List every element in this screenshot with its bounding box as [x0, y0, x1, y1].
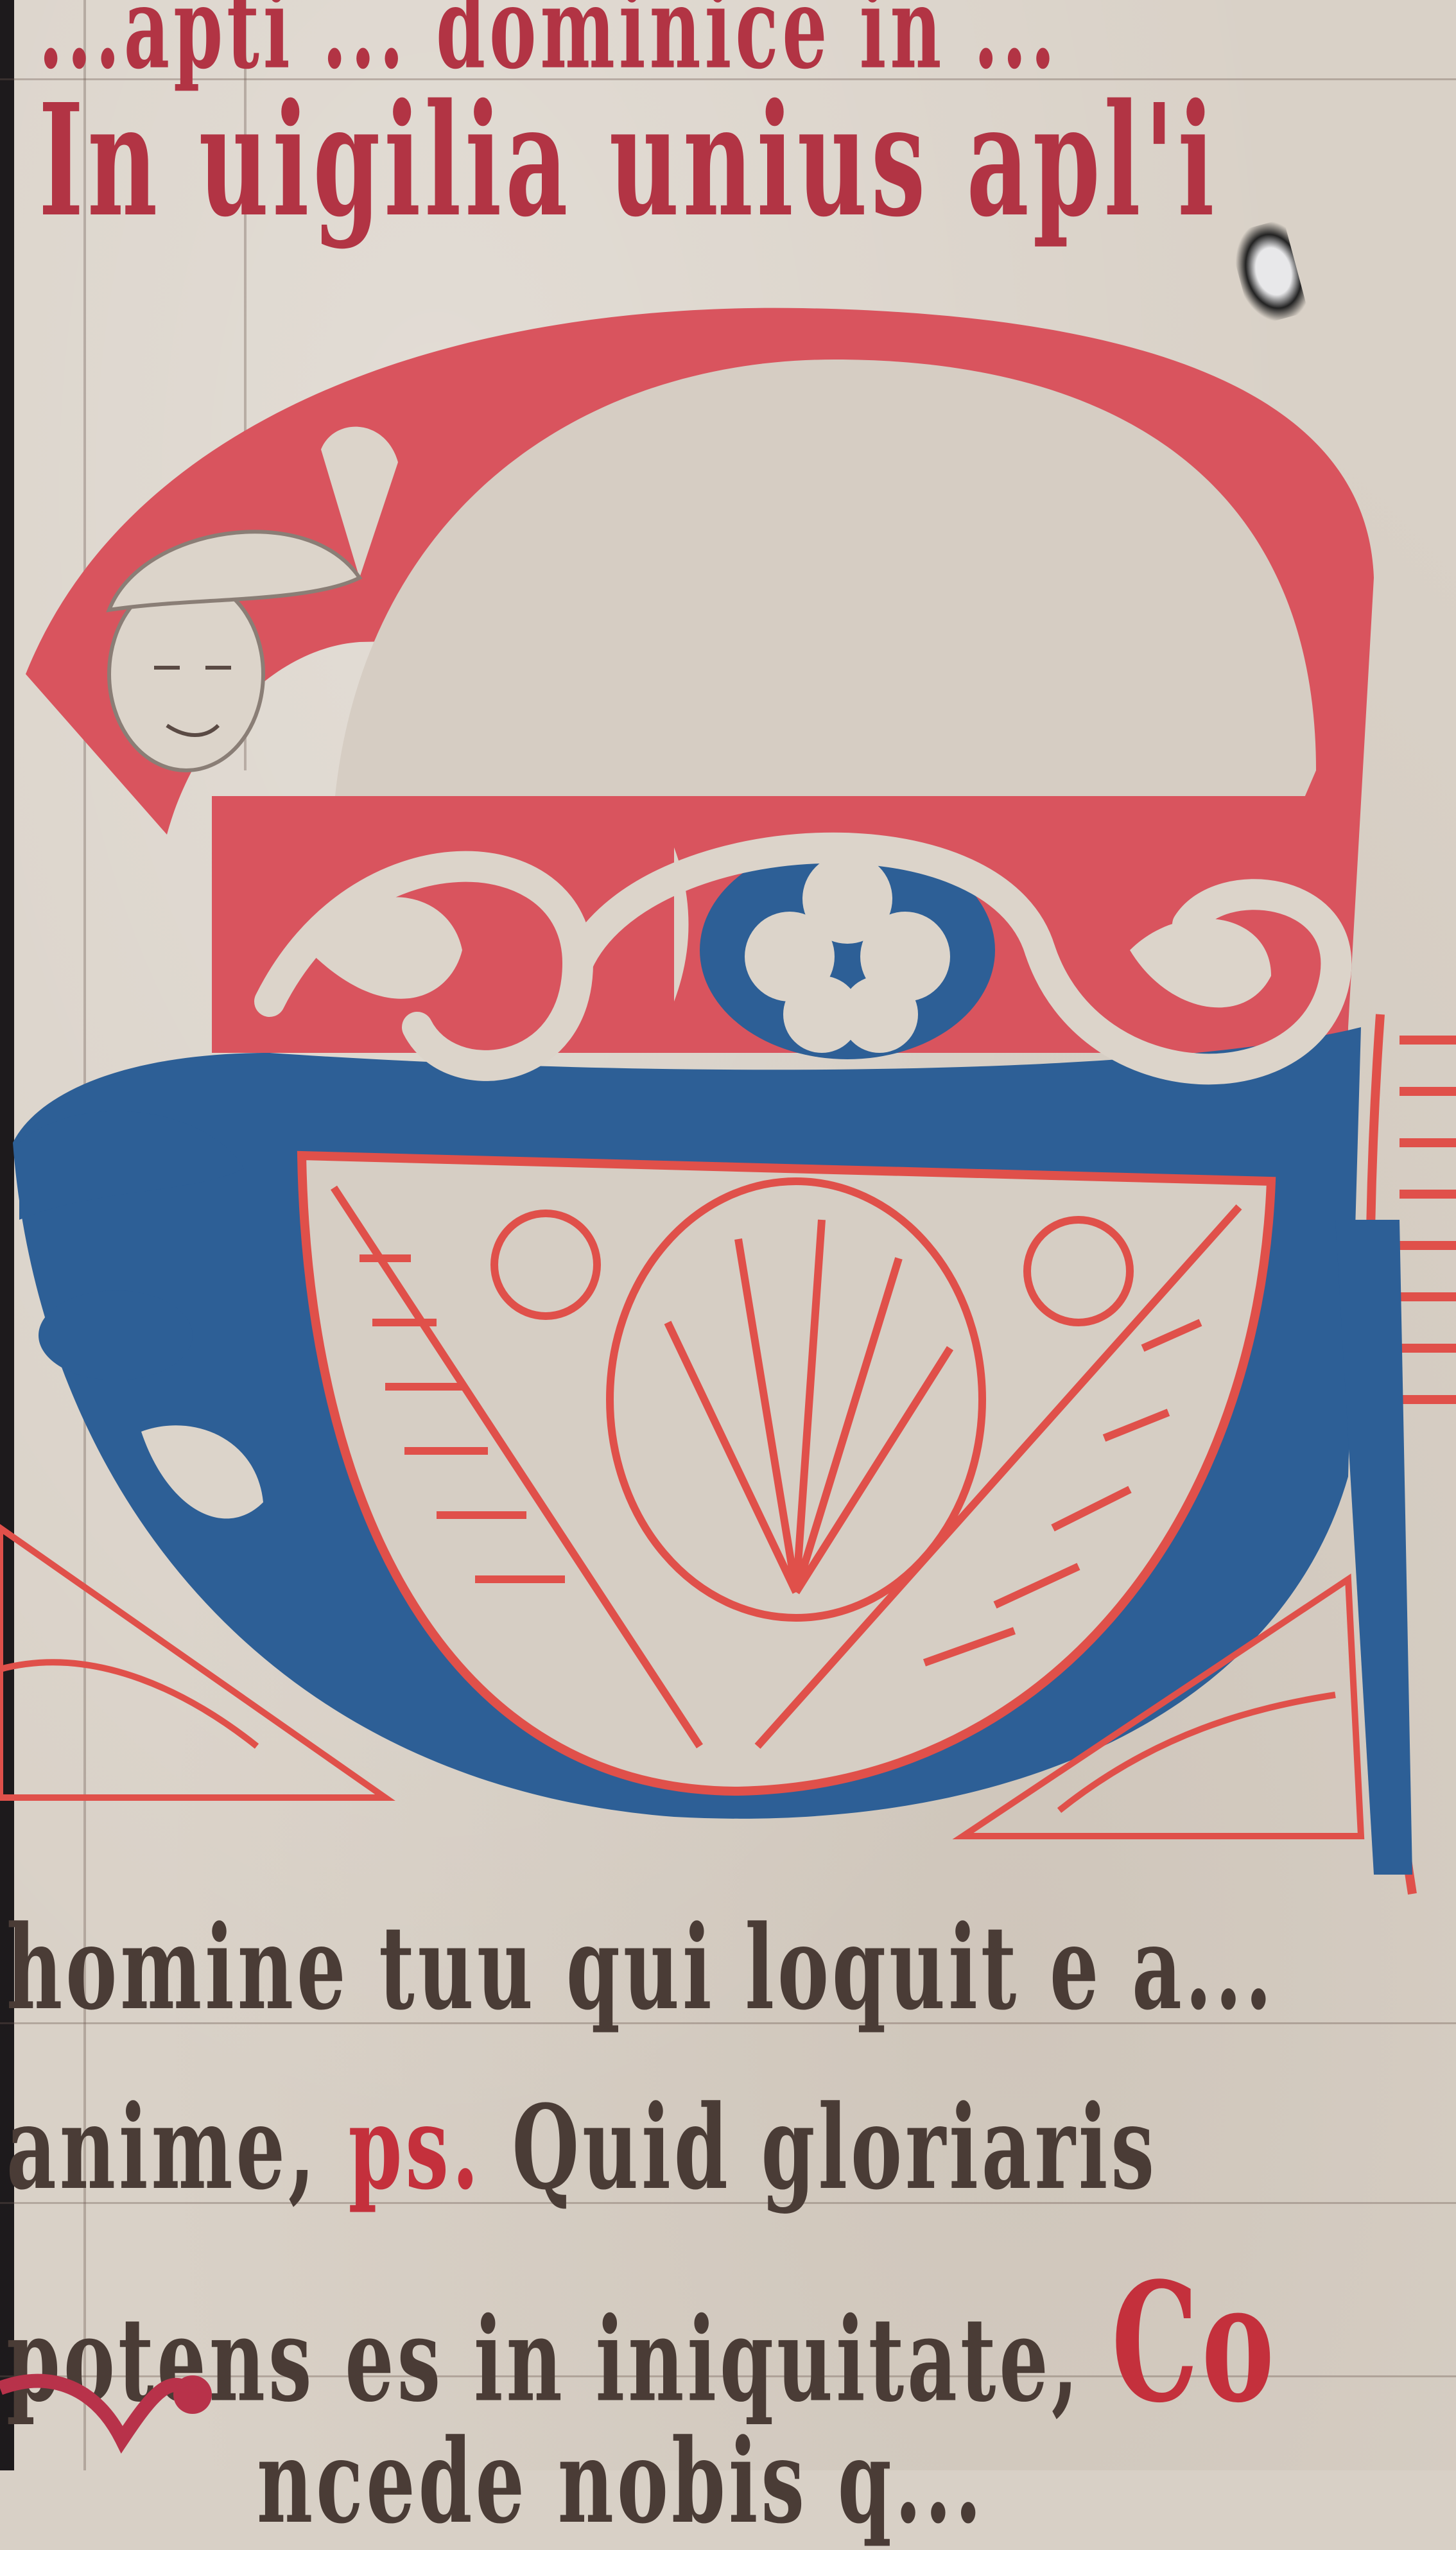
text-line-1: homine tuu qui loquit e a...	[6, 1900, 1275, 2036]
psalm-rubric: ps.	[348, 2080, 481, 2216]
text-line-2-prefix: anime,	[6, 2080, 318, 2216]
red-flourish-v	[0, 2363, 257, 2470]
text-line-4: ncede nobis q...	[257, 2414, 985, 2470]
manuscript-page: ...apti ... dominice in ... In uigilia u…	[0, 0, 1456, 2470]
text-line-2-incipit: Quid gloriaris	[512, 2080, 1158, 2216]
collect-rubric: Co	[1111, 2247, 1278, 2440]
initial-blue-tail	[1335, 1220, 1412, 1875]
text-line-2: anime, ps. Quid gloriaris	[6, 2080, 1157, 2216]
